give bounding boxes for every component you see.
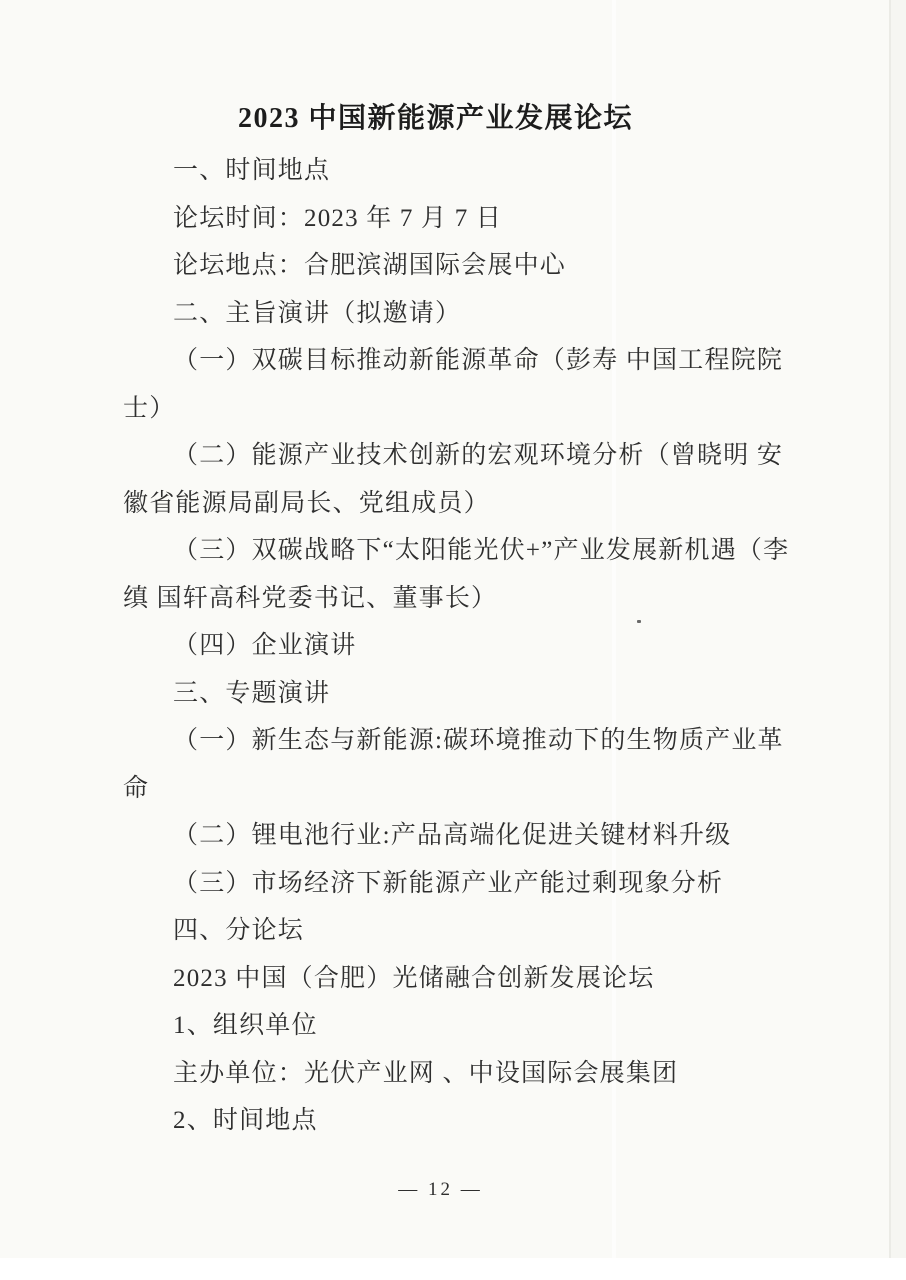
text-line: 三、专题演讲 (123, 670, 793, 718)
text-line: 一、时间地点 (123, 147, 793, 195)
document-body: 一、时间地点 论坛时间：2023 年 7 月 7 日 论坛地点：合肥滨湖国际会展… (123, 147, 793, 1145)
text-line: （二）能源产业技术创新的宏观环境分析（曾晓明 安 (123, 432, 793, 480)
text-line: 2023 中国（合肥）光储融合创新发展论坛 (123, 955, 793, 1003)
page-number: — 12 — (108, 1176, 773, 1204)
text-line: 论坛地点：合肥滨湖国际会展中心 (123, 242, 793, 290)
text-line: 主办单位：光伏产业网 、中设国际会展集团 (123, 1050, 793, 1098)
document-page: 2023 中国新能源产业发展论坛 一、时间地点 论坛时间：2023 年 7 月 … (0, 0, 906, 1258)
text-line: 2、时间地点 (123, 1097, 793, 1145)
document-title: 2023 中国新能源产业发展论坛 (103, 99, 768, 139)
text-line: （二）锂电池行业:产品高端化促进关键材料升级 (123, 812, 793, 860)
text-line: 论坛时间：2023 年 7 月 7 日 (123, 195, 793, 243)
text-line: 缜 国轩高科党委书记、董事长） (123, 575, 793, 623)
scan-bottom-strip (0, 1258, 906, 1280)
text-line: （一）新生态与新能源:碳环境推动下的生物质产业革 (123, 717, 793, 765)
text-line: 1、组织单位 (123, 1002, 793, 1050)
text-line: 四、分论坛 (123, 907, 793, 955)
text-line: （三）市场经济下新能源产业产能过剩现象分析 (123, 860, 793, 908)
text-line: 士） (123, 385, 793, 433)
text-line: 徽省能源局副局长、党组成员） (123, 480, 793, 528)
text-line: （三）双碳战略下“太阳能光伏+”产业发展新机遇（李 (123, 527, 793, 575)
text-line: 命 (123, 765, 793, 813)
scan-edge-shading (891, 0, 906, 1258)
text-line: 二、主旨演讲（拟邀请） (123, 290, 793, 338)
text-line: （四）企业演讲 (123, 622, 793, 670)
text-line: （一）双碳目标推动新能源革命（彭寿 中国工程院院 (123, 337, 793, 385)
